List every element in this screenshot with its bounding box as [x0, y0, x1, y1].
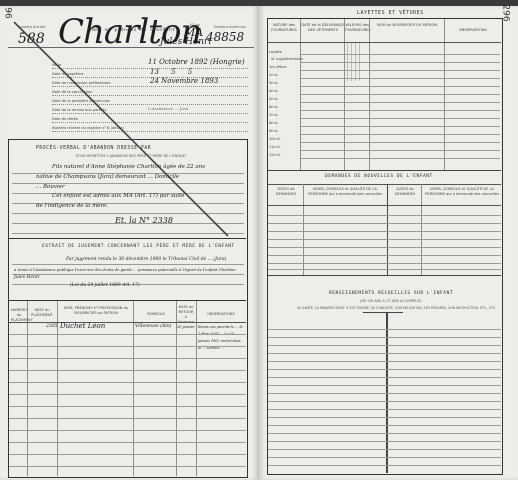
col-noms-2: NOMS, DOMICILE et QUALITÉ DE LA PERSONNE… — [423, 187, 501, 197]
layette-row-4: 3e id. — [269, 81, 279, 85]
layette-row-7: 6e id. — [269, 105, 279, 109]
layettes-title: LAYETTES ET VÊTURES — [357, 10, 424, 16]
col-nature: NATURE des FOURNITURES — [268, 23, 300, 33]
layette-row-12: 11e id. — [269, 145, 281, 149]
layette-row-3: 2e id. — [269, 73, 279, 77]
renseignements-title: RENSEIGNEMENTS RECUEILLIS SUR L'ENFANT — [329, 291, 453, 296]
col-date-delivrance: DATE de la DÉLIVRANCE DES VÊTEMENTS — [301, 23, 345, 33]
layette-row-11: 10e id. — [269, 137, 281, 141]
layette-row-13: 12e id. — [269, 153, 281, 157]
layette-row-5: 4e id. — [269, 89, 279, 93]
col-dates-2: DATES de DEMANDES — [389, 187, 421, 197]
layette-row-6: 5e id. — [269, 97, 279, 101]
col-dates-1: DATES de DEMANDES — [269, 187, 303, 197]
layette-row-8: 7e id. — [269, 113, 279, 117]
layette-row-1: Id. supplémentaire — [271, 57, 303, 61]
col-noms-1: NOMS, DOMICILE et QUALITÉ DE LA PERSONNE… — [305, 187, 385, 197]
left-page: 96 Numéro d'ordre 588 Charlton Jules Hen… — [0, 6, 258, 480]
demandes-title: DEMANDES DE NOUVELLES DE L'ENFANT — [325, 174, 433, 179]
layette-row-0: Layette — [269, 50, 282, 54]
col-nourricier: NOM du NOURRICIER OU PATRON — [371, 23, 443, 28]
layette-row-10: 9e id. — [269, 129, 279, 133]
diagonal-strike-line — [0, 6, 258, 480]
right-page: 296 LAYETTES ET VÊTURES NATURE des FOURN… — [259, 6, 518, 480]
layette-row-2: 1re vêture — [269, 65, 287, 69]
layette-row-9: 8e id. — [269, 121, 279, 125]
renseignements-detail: SA SANTÉ, LA MANIÈRE DONT IL EST SOIGNÉ,… — [297, 306, 496, 310]
renseignements-subtitle: (DE SIX ANS À 17 ANS ACCOMPLIS) — [360, 299, 422, 303]
col-observations-layettes: OBSERVATIONS — [445, 28, 501, 33]
register-spread: 96 Numéro d'ordre 588 Charlton Jules Hen… — [0, 0, 518, 480]
col-valeurs: VALEURS des FOURNITURES — [345, 23, 369, 33]
